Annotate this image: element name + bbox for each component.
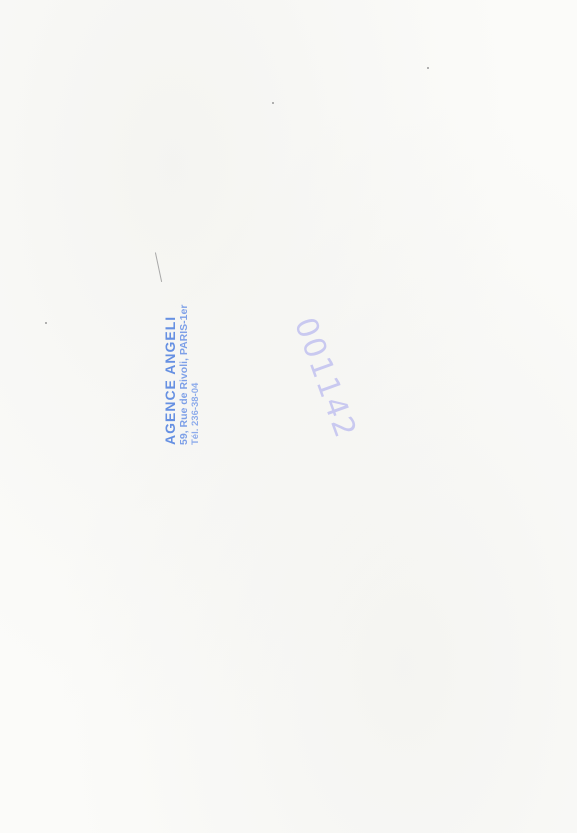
dust-speck bbox=[427, 67, 429, 69]
scratch-mark bbox=[155, 252, 164, 282]
dust-speck bbox=[45, 322, 47, 324]
stamp-address: 59, Rue de Rivoli, PARIS-1er bbox=[178, 305, 190, 445]
photo-back: AGENCE ANGELI 59, Rue de Rivoli, PARIS-1… bbox=[0, 0, 577, 833]
stamp-agency: AGENCE ANGELI bbox=[163, 305, 178, 445]
stamp-phone: Tél. 236-38-04 bbox=[190, 305, 201, 445]
agency-stamp: AGENCE ANGELI 59, Rue de Rivoli, PARIS-1… bbox=[163, 305, 201, 445]
inventory-number: 001142 bbox=[287, 313, 363, 444]
dust-speck bbox=[272, 102, 274, 104]
